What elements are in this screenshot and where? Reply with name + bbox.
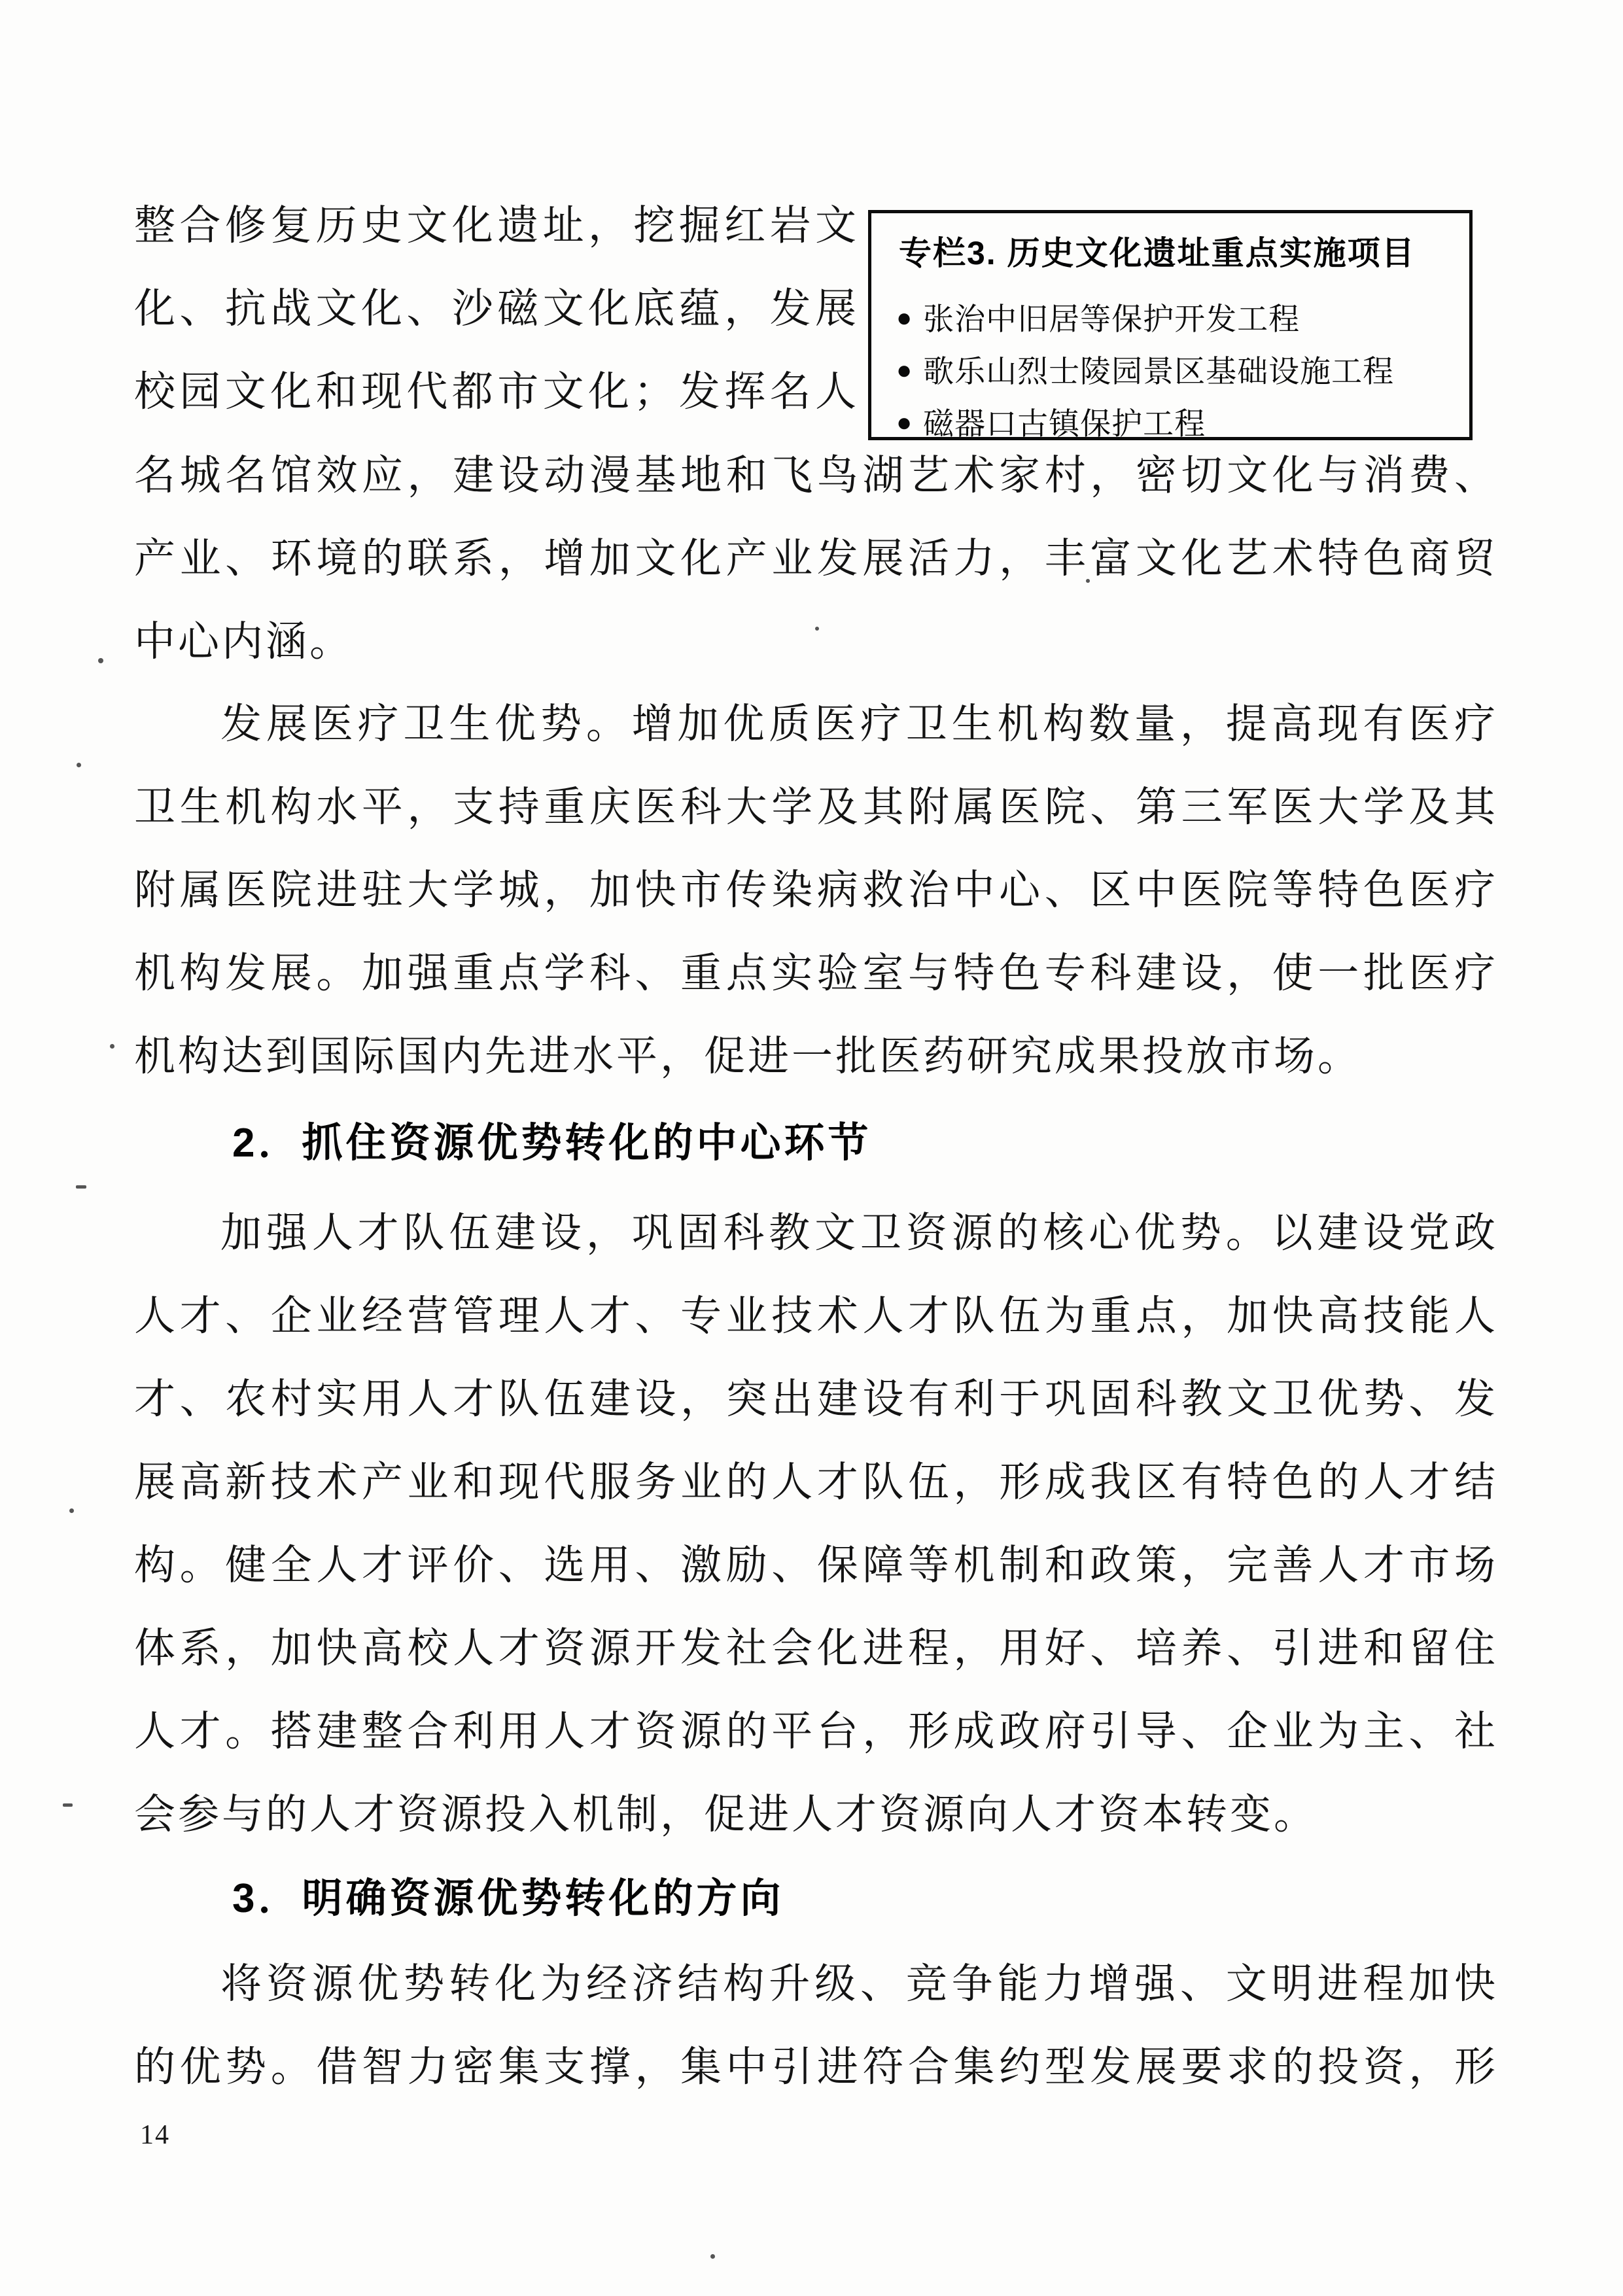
text-line: 人才。搭建整合利用人才资源的平台，形成政府引导、企业为主、社	[134, 1690, 1498, 1773]
scan-speck	[1086, 579, 1090, 583]
text-line: 体系，加快高校人才资源开发社会化进程，用好、培养、引进和留住	[134, 1607, 1498, 1690]
scan-speck	[110, 1044, 114, 1049]
scan-speck	[76, 1185, 86, 1189]
text-line: 才、农村实用人才队伍建设，突出建设有利于巩固科教文卫优势、发	[134, 1358, 1498, 1441]
list-item: ● 歌乐山烈士陵园景区基础设施工程	[896, 343, 1469, 395]
list-item-label: 歌乐山烈士陵园景区基础设施工程	[923, 347, 1394, 391]
scan-speck	[69, 1508, 74, 1513]
callout-box-title: 专栏3. 历史文化遗址重点实施项目	[899, 233, 1469, 273]
text-line: 构。健全人才评价、选用、激励、保障等机制和政策，完善人才市场	[134, 1524, 1498, 1607]
section-heading-2: 2．抓住资源优势转化的中心环节	[134, 1102, 1498, 1185]
list-item-label: 张治中旧居等保护开发工程	[923, 295, 1300, 339]
text-line: 发展医疗卫生优势。增加优质医疗卫生机构数量，提高现有医疗	[134, 683, 1498, 766]
text-line: 整合修复历史文化遗址，挖掘红岩文	[134, 184, 859, 268]
text-line: 产业、环境的联系，增加文化产业发展活力，丰富文化艺术特色商贸	[134, 517, 1498, 600]
bullet-icon: ●	[896, 357, 913, 383]
scan-speck	[815, 627, 819, 631]
text-line: 人才、企业经营管理人才、专业技术人才队伍为重点，加快高技能人	[134, 1275, 1498, 1358]
text-line: 机构发展。加强重点学科、重点实验室与特色专科建设，使一批医疗	[134, 932, 1498, 1015]
text-line: 中心内涵。	[134, 600, 1498, 684]
text-line: 校园文化和现代都市文化；发挥名人	[134, 351, 859, 434]
section-heading-3: 3．明确资源优势转化的方向	[134, 1857, 1498, 1940]
scan-speck	[98, 658, 103, 663]
bullet-icon: ●	[896, 409, 913, 436]
scan-speck	[63, 1803, 73, 1807]
scan-speck	[77, 763, 81, 767]
paragraph-1-beside-box: 整合修复历史文化遗址，挖掘红岩文化、抗战文化、沙磁文化底蕴，发展校园文化和现代都…	[134, 184, 859, 434]
scan-speck	[710, 2254, 715, 2259]
callout-box-items: ● 张治中旧居等保护开发工程 ● 歌乐山烈士陵园景区基础设施工程 ● 磁器口古镇…	[896, 290, 1469, 447]
text-line: 附属医院进驻大学城，加快市传染病救治中心、区中医院等特色医疗	[134, 849, 1498, 932]
paragraph-1-below-box: 名城名馆效应，建设动漫基地和飞鸟湖艺术家村，密切文化与消费、产业、环境的联系，增…	[134, 434, 1498, 684]
bullet-icon: ●	[896, 305, 913, 331]
text-line: 加强人才队伍建设，巩固科教文卫资源的核心优势。以建设党政	[134, 1192, 1498, 1275]
text-line: 会参与的人才资源投入机制，促进人才资源向人才资本转变。	[134, 1773, 1498, 1856]
document-page: 整合修复历史文化遗址，挖掘红岩文化、抗战文化、沙磁文化底蕴，发展校园文化和现代都…	[0, 0, 1623, 2296]
callout-box: 专栏3. 历史文化遗址重点实施项目 ● 张治中旧居等保护开发工程 ● 歌乐山烈士…	[868, 210, 1473, 440]
paragraph-3: 加强人才队伍建设，巩固科教文卫资源的核心优势。以建设党政人才、企业经营管理人才、…	[134, 1192, 1498, 1856]
text-line: 卫生机构水平，支持重庆医科大学及其附属医院、第三军医大学及其	[134, 766, 1498, 849]
list-item: ● 张治中旧居等保护开发工程	[896, 290, 1469, 343]
text-line: 机构达到国际国内先进水平，促进一批医药研究成果投放市场。	[134, 1015, 1498, 1098]
paragraph-2: 发展医疗卫生优势。增加优质医疗卫生机构数量，提高现有医疗卫生机构水平，支持重庆医…	[134, 683, 1498, 1098]
paragraph-4: 将资源优势转化为经济结构升级、竞争能力增强、文明进程加快的优势。借智力密集支撑，…	[134, 1943, 1498, 2109]
text-line: 名城名馆效应，建设动漫基地和飞鸟湖艺术家村，密切文化与消费、	[134, 434, 1498, 517]
text-line: 将资源优势转化为经济结构升级、竞争能力增强、文明进程加快	[134, 1943, 1498, 2026]
text-line: 展高新技术产业和现代服务业的人才队伍，形成我区有特色的人才结	[134, 1441, 1498, 1524]
text-line: 化、抗战文化、沙磁文化底蕴，发展	[134, 268, 859, 351]
text-line: 的优势。借智力密集支撑，集中引进符合集约型发展要求的投资，形	[134, 2026, 1498, 2109]
page-number: 14	[140, 2119, 170, 2151]
